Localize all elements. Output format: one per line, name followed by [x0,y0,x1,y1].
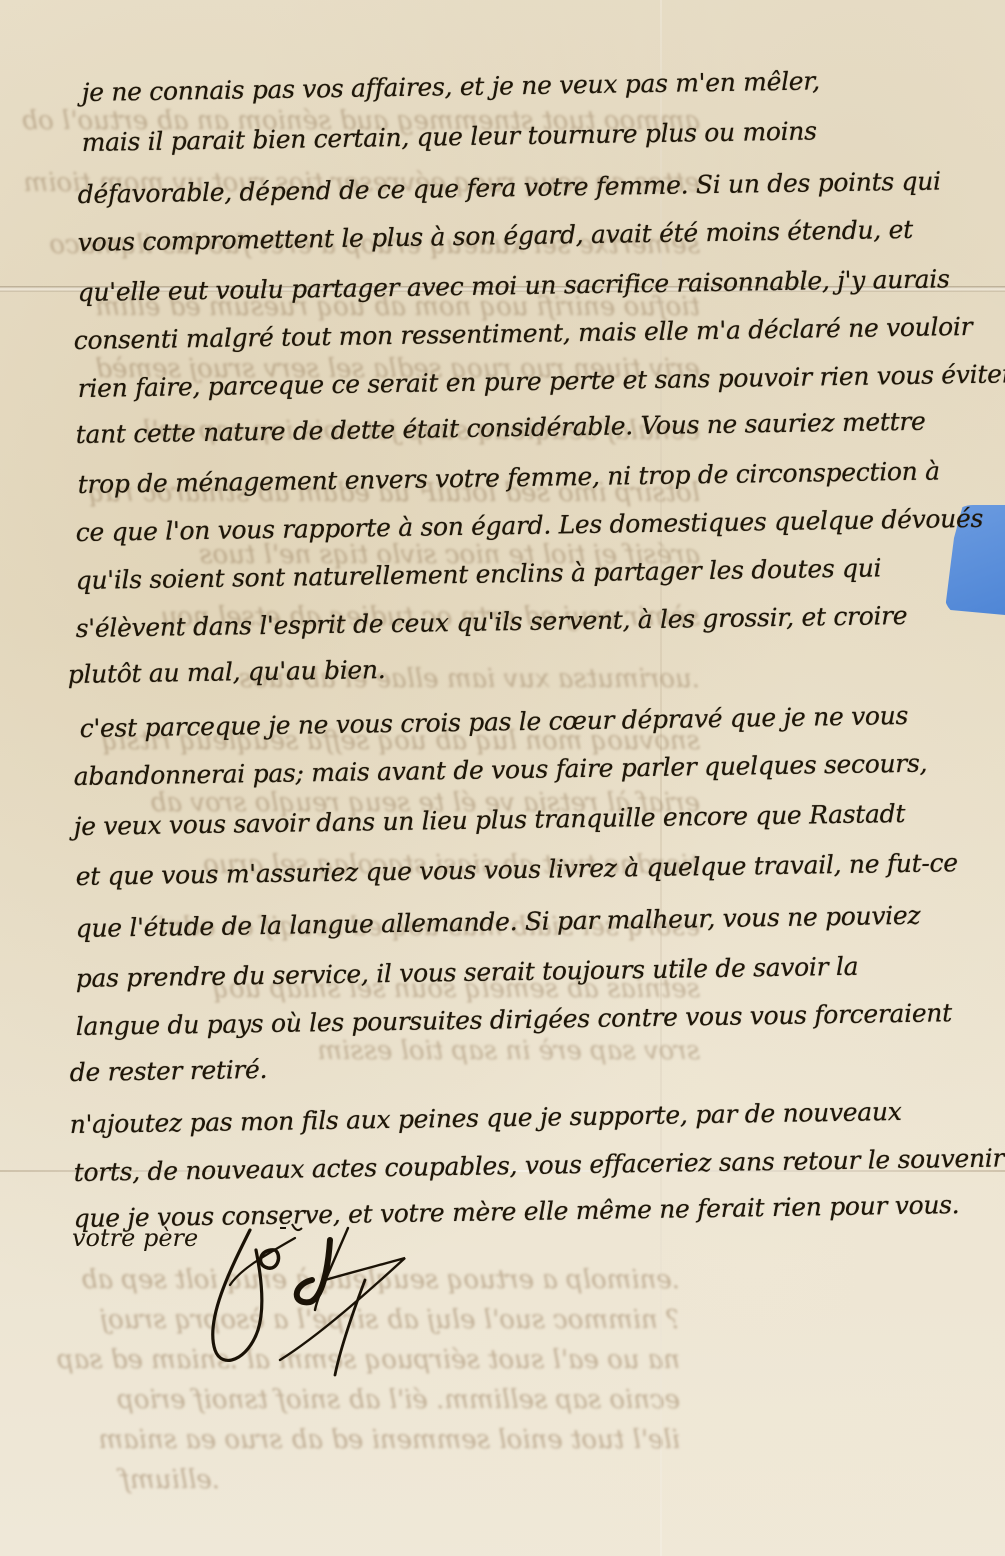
letter-closing: votre père [72,1224,198,1252]
signature [200,1210,440,1380]
letter-line: de rester retiré. [70,1055,268,1087]
letter-line: plutôt au mal, qu'au bien. [68,655,386,689]
